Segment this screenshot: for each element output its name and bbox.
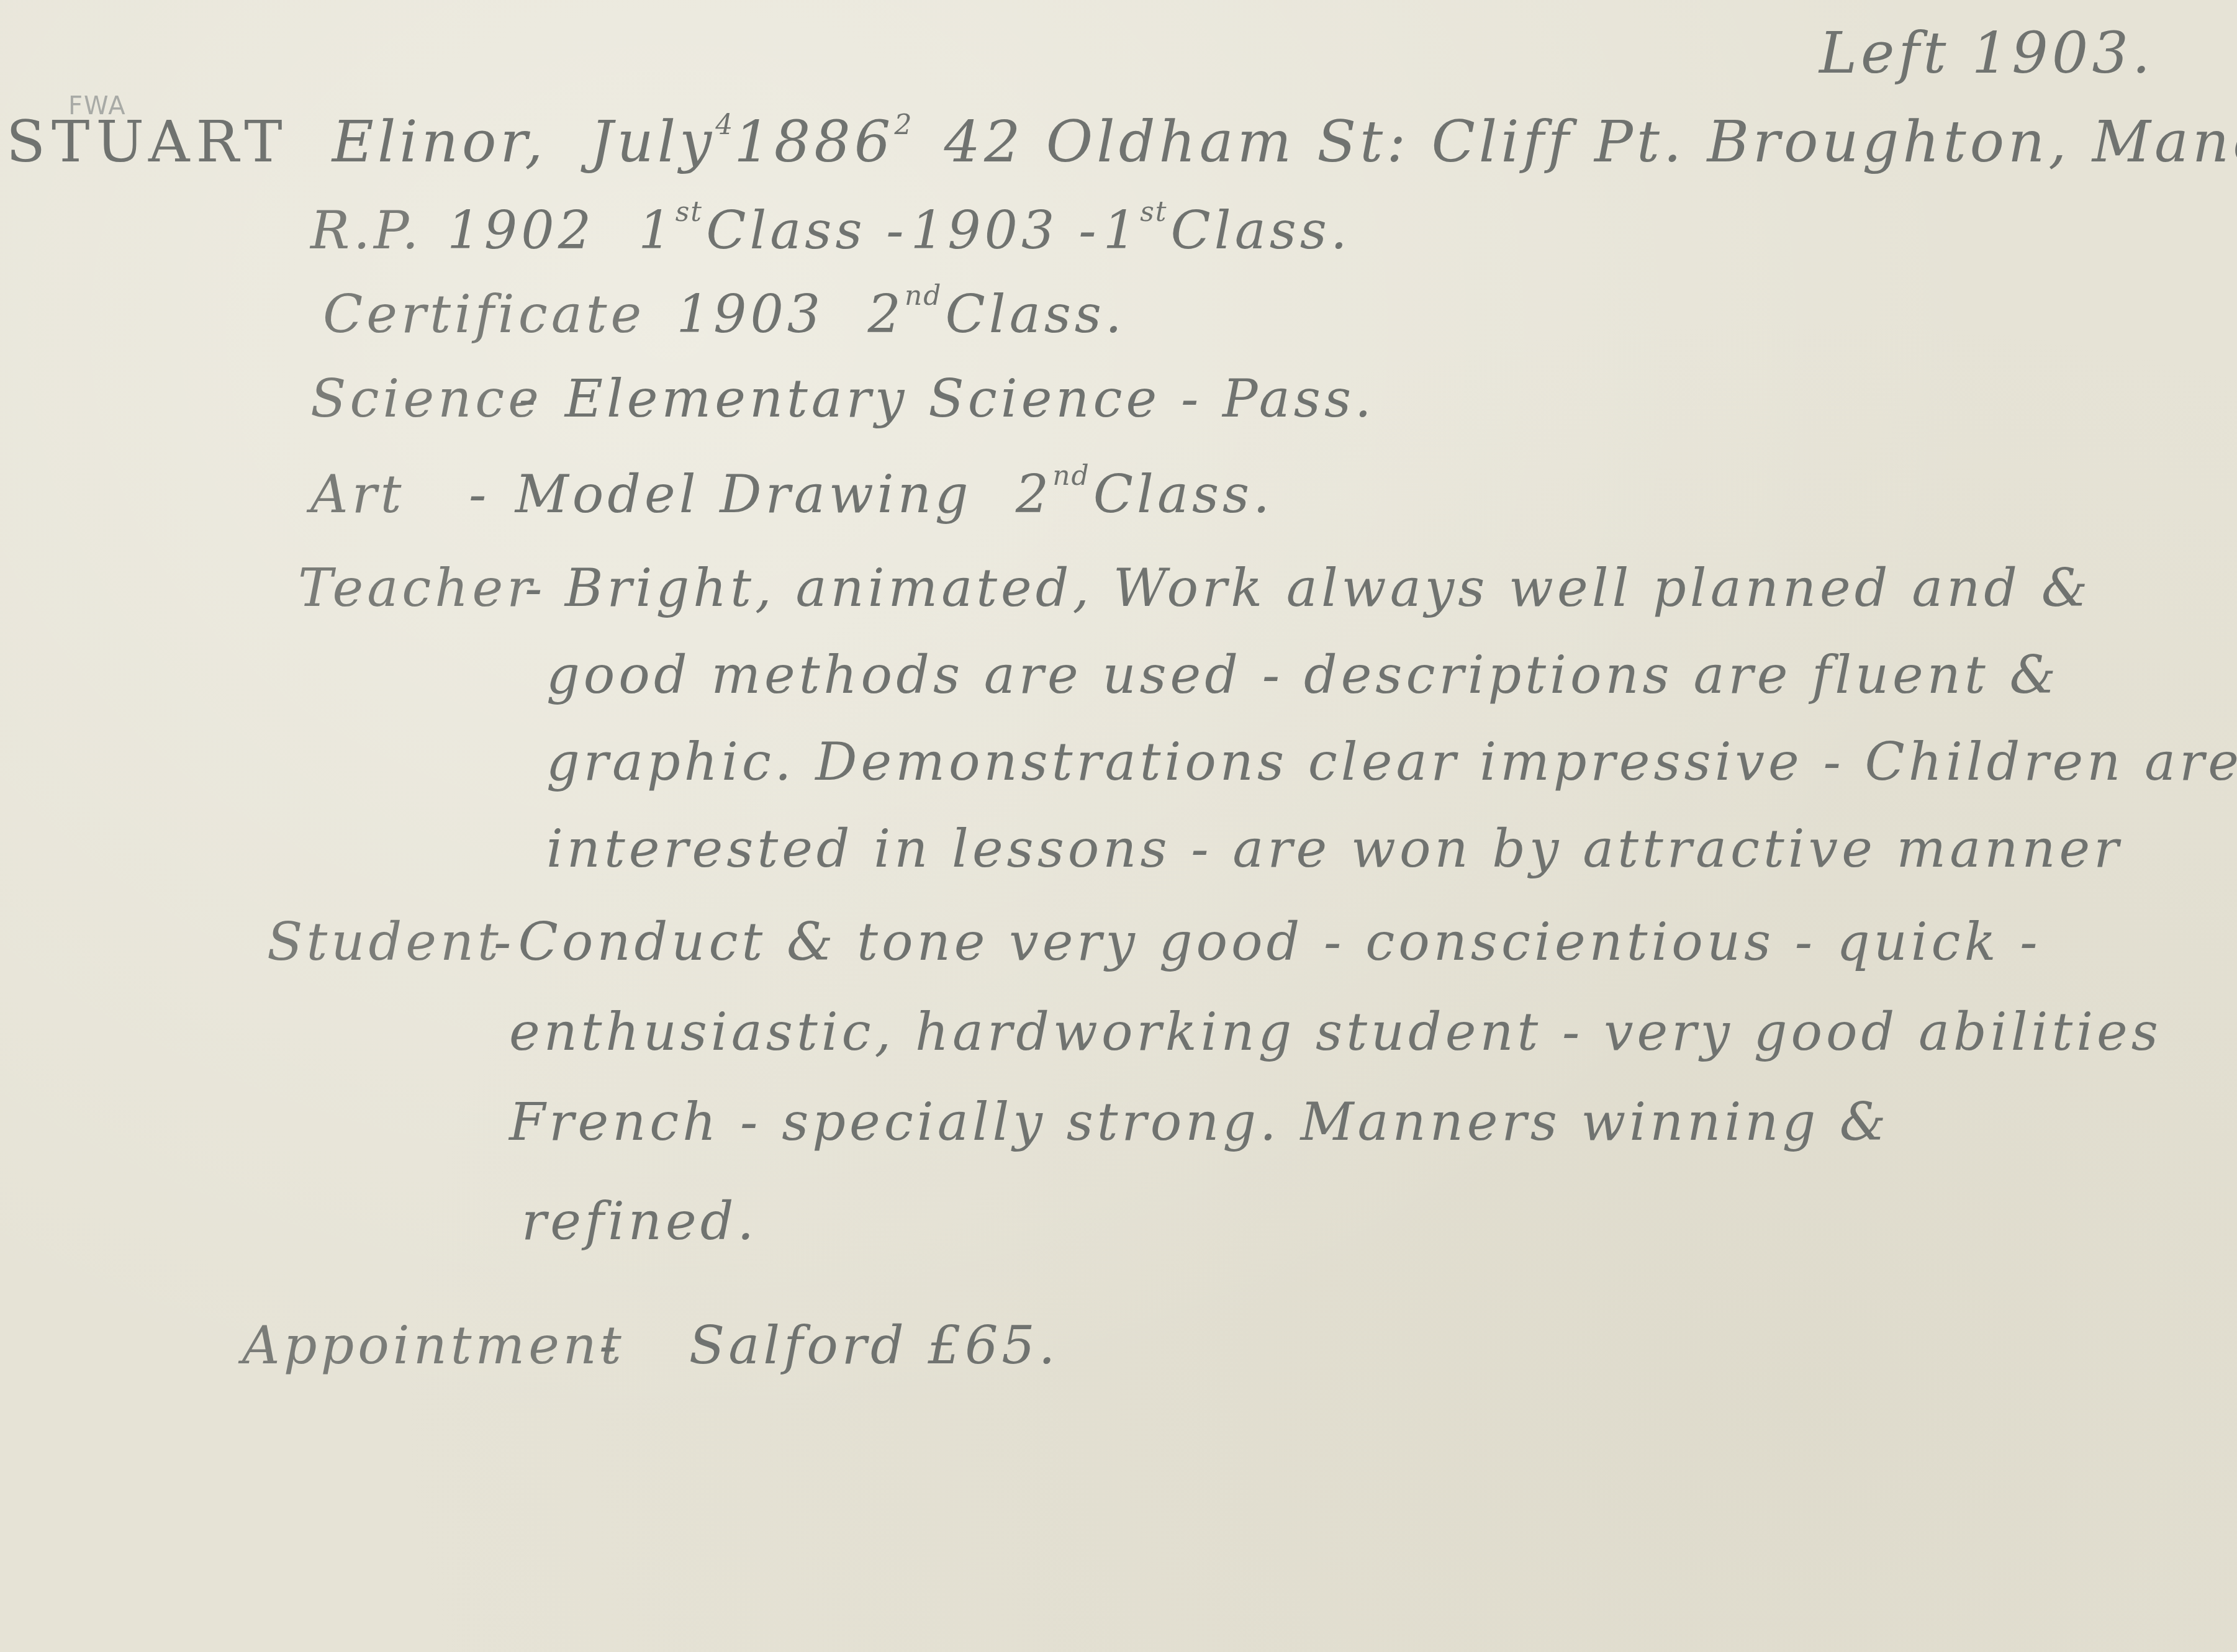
certificate-year: 1903 [677,284,825,345]
entry-rp: R.P. 1902 1st Class - 1903 - 1st Class. [310,199,1351,256]
art-class-word: Class. [1093,464,1273,525]
teacher-line-2: good methods are used - descriptions are… [546,649,2059,701]
entry-label: Certificate [323,284,645,345]
art-subject: Model Drawing [515,464,972,525]
teacher-line-3: graphic. Demonstrations clear impressive… [546,736,2237,788]
student-line-1: Conduct & tone very good - conscientious… [518,911,2041,972]
forename: Elinor, [332,109,547,175]
birth-month: July [590,109,716,175]
entry-line: Elementary Science - Pass. [565,368,1375,429]
art-class: 2 [1016,464,1052,525]
entry-separator: - [525,557,546,618]
entry-teacher: Teacher - Bright, animated, Work always … [298,562,2092,614]
art-class-sup: nd [1052,460,1090,492]
student-line-4: refined. [522,1195,757,1247]
rp-class-2-sup: st [1140,196,1167,228]
certificate-class: 2 [867,284,904,345]
entry-science: Science - Elementary Science - Pass. [310,372,1375,425]
certificate-class-word: Class. [946,284,1126,345]
rp-class-2: 1 [1103,200,1140,261]
entry-separator: - [599,1315,620,1376]
entry-label: Student [267,916,490,968]
entry-art: Art - Model Drawing 2nd Class. [310,463,1273,520]
rp-class-1-sup: st [676,196,703,228]
entry-label: Appointment [242,1319,596,1371]
rp-year-1: 1902 [447,200,595,261]
entry-student: Student - Conduct & tone very good - con… [267,916,2041,968]
teacher-line-4: interested in lessons - are won by attra… [546,823,2122,875]
entry-label: Teacher [298,562,522,614]
student-line-2: enthusiastic, hardworking student - very… [509,1006,2162,1058]
rp-year-2: 1903 - [911,200,1100,261]
certificate-class-sup: nd [905,280,942,312]
appointment-value: Salford £65. [689,1315,1059,1376]
birth-day: 4 [715,109,734,141]
entry-certificate: Certificate 1903 2nd Class. [323,282,1126,340]
surname: STUART [6,109,289,175]
rp-class-1: 1 [638,200,675,261]
teacher-line-1: Bright, animated, Work always well plann… [565,557,2092,618]
address: 42 Oldham St: Cliff Pt. Broughton, Manch… [944,109,2237,175]
entry-separator: - [518,368,540,429]
student-line-3: French - specially strong. Manners winni… [509,1096,1890,1148]
left-date-note: Left 1903. [1819,25,2154,82]
register-page: Left 1903. FWA STUART Elinor, July418862… [0,0,2237,1652]
birth-year: 1886 [734,109,894,175]
rp-class-1-word: Class - [706,200,908,261]
entry-separator: - [469,464,490,525]
rp-class-2-word: Class. [1171,200,1351,261]
entry-appointment: Appointment - Salford £65. [242,1319,1059,1371]
birth-year-correction: 2 [894,109,913,141]
entry-label: Science [310,372,515,425]
header-line: STUART Elinor, July418862 42 Oldham St: … [6,112,2237,171]
entry-separator: - [494,911,515,972]
entry-label: R.P. [310,200,422,261]
entry-label: Art [310,468,466,520]
